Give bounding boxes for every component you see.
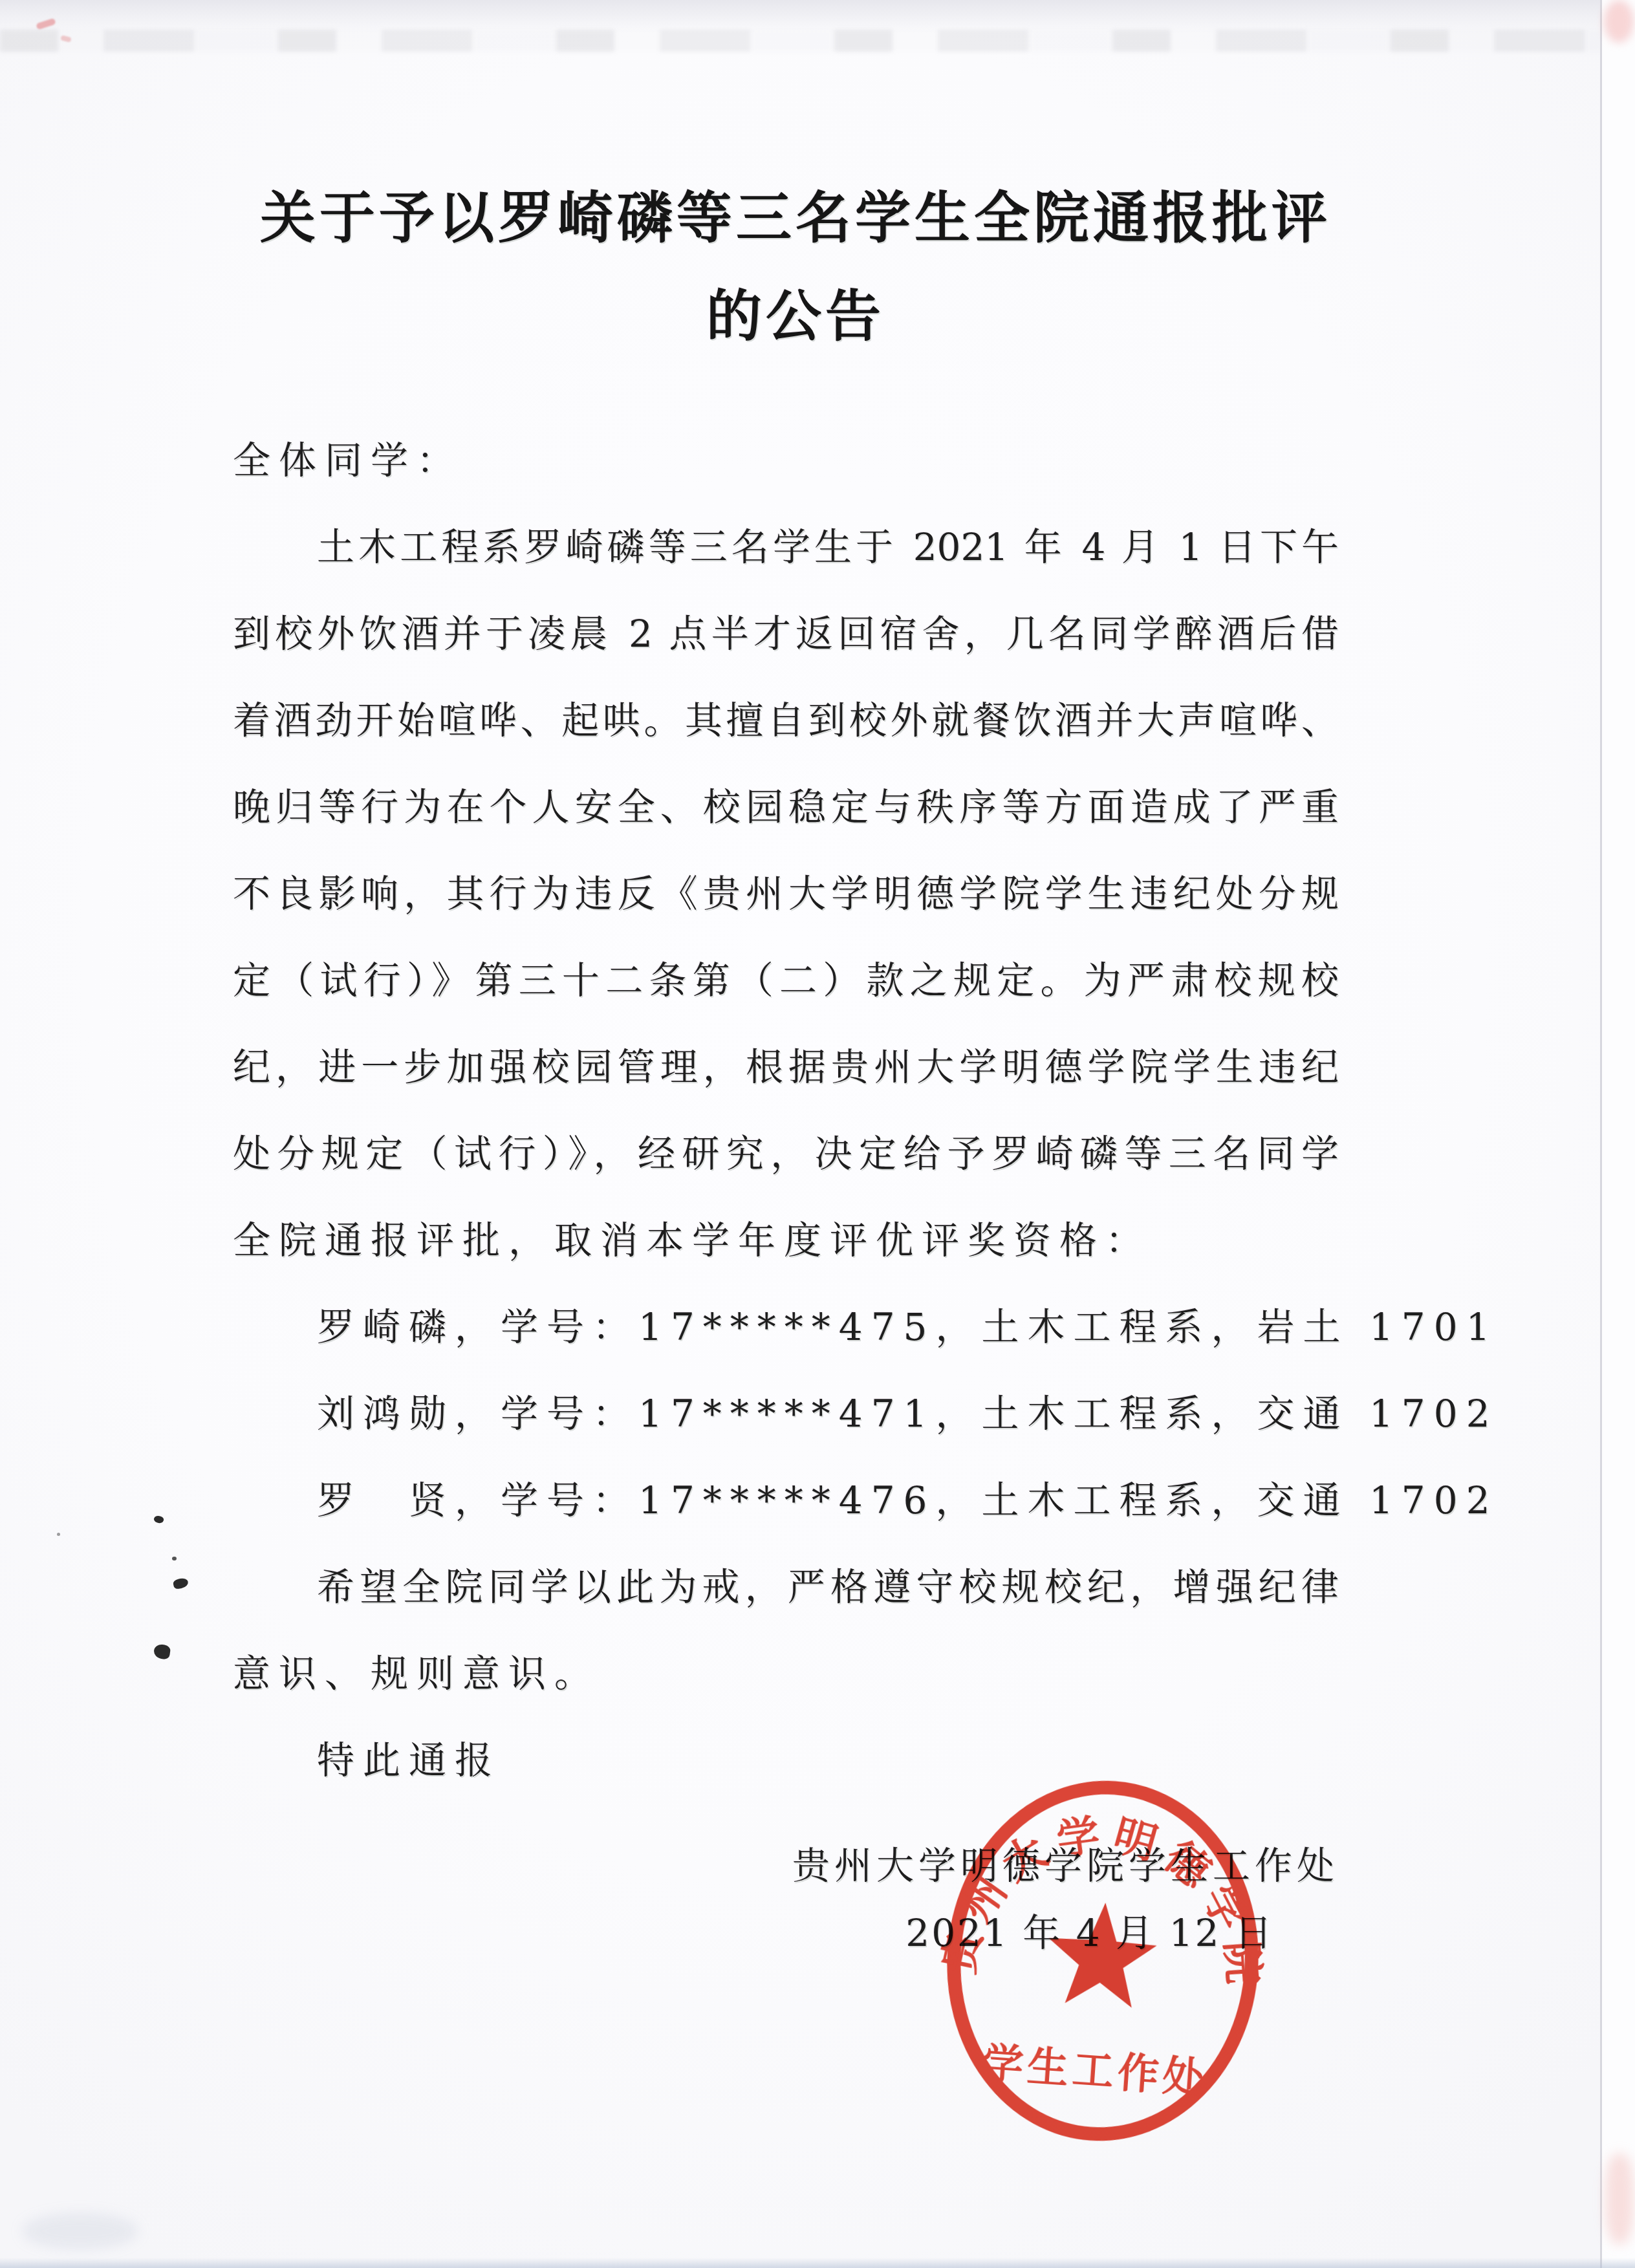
body-text-block: 全体同学： 土木工程系罗崎磷等三名学生于 2021 年 4 月 1 日下午 到校…	[233, 417, 1339, 1804]
scanned-notice-page: 关于予以罗崎磷等三名学生全院通报批评 的公告 全体同学： 土木工程系罗崎磷等三名…	[0, 0, 1635, 2268]
salutation-line: 全体同学：	[233, 417, 1339, 504]
body-line: 处分规定（试行）》，经研究，决定给予罗崎磷等三名同学	[233, 1110, 1339, 1197]
body-line: 着酒劲开始喧哗、起哄。其擅自到校外就餐饮酒并大声喧哗、	[233, 677, 1339, 764]
ink-speck	[153, 1515, 165, 1524]
body-line: 晚归等行为在个人安全、校园稳定与秩序等方面造成了严重	[233, 764, 1339, 850]
ink-speck	[173, 1577, 189, 1590]
ink-speck	[57, 1533, 60, 1536]
decision-line: 全院通报评批，取消本学年度评优评奖资格：	[233, 1197, 1339, 1284]
ink-speck	[172, 1557, 177, 1561]
pink-smudge-bottom-right	[1605, 2154, 1634, 2244]
seal-star-icon	[1045, 1899, 1160, 2009]
body-line: 不良影响，其行为违反《贵州大学明德学院学生违纪处分规	[233, 850, 1339, 937]
scan-smudge-band	[0, 30, 1635, 52]
page-title-line-2: 的公告	[233, 268, 1358, 366]
body-line: 到校外饮酒并于凌晨 2 点半才返回宿舍，几名同学醉酒后借	[233, 590, 1339, 677]
page-title-line-1: 关于予以罗崎磷等三名学生全院通报批评	[233, 169, 1358, 268]
body-line: 定（试行）》第三十二条第（二）款之规定。为严肃校规校	[233, 937, 1339, 1024]
title-block: 关于予以罗崎磷等三名学生全院通报批评 的公告	[233, 169, 1358, 366]
student-record: 罗崎磷，学号：17*****475，土木工程系，岩土 1701	[233, 1284, 1339, 1370]
body-line: 希望全院同学以此为戒，严格遵守校规校纪，增强纪律	[233, 1544, 1339, 1630]
pink-smudge-top-right	[1604, 0, 1634, 43]
scan-bottom-strip	[0, 2258, 1635, 2268]
body-line: 意识、规则意识。	[233, 1630, 1339, 1717]
scanner-right-strip	[1602, 0, 1635, 2268]
seal-bottom-text: 学生工作处	[980, 2039, 1209, 2102]
scan-top-band	[0, 0, 1635, 34]
ink-speck	[153, 1643, 171, 1659]
body-line: 土木工程系罗崎磷等三名学生于 2021 年 4 月 1 日下午	[233, 504, 1339, 590]
bottom-left-smudge	[22, 2213, 138, 2249]
student-record: 罗 贤，学号：17*****476，土木工程系，交通 1702	[233, 1457, 1339, 1544]
student-record: 刘鸿勋，学号：17*****471，土木工程系，交通 1702	[233, 1370, 1339, 1457]
body-line: 纪，进一步加强校园管理，根据贵州大学明德学院学生违纪	[233, 1024, 1339, 1110]
official-seal: 贵州大学明德学院 学生工作处	[922, 1756, 1284, 2166]
